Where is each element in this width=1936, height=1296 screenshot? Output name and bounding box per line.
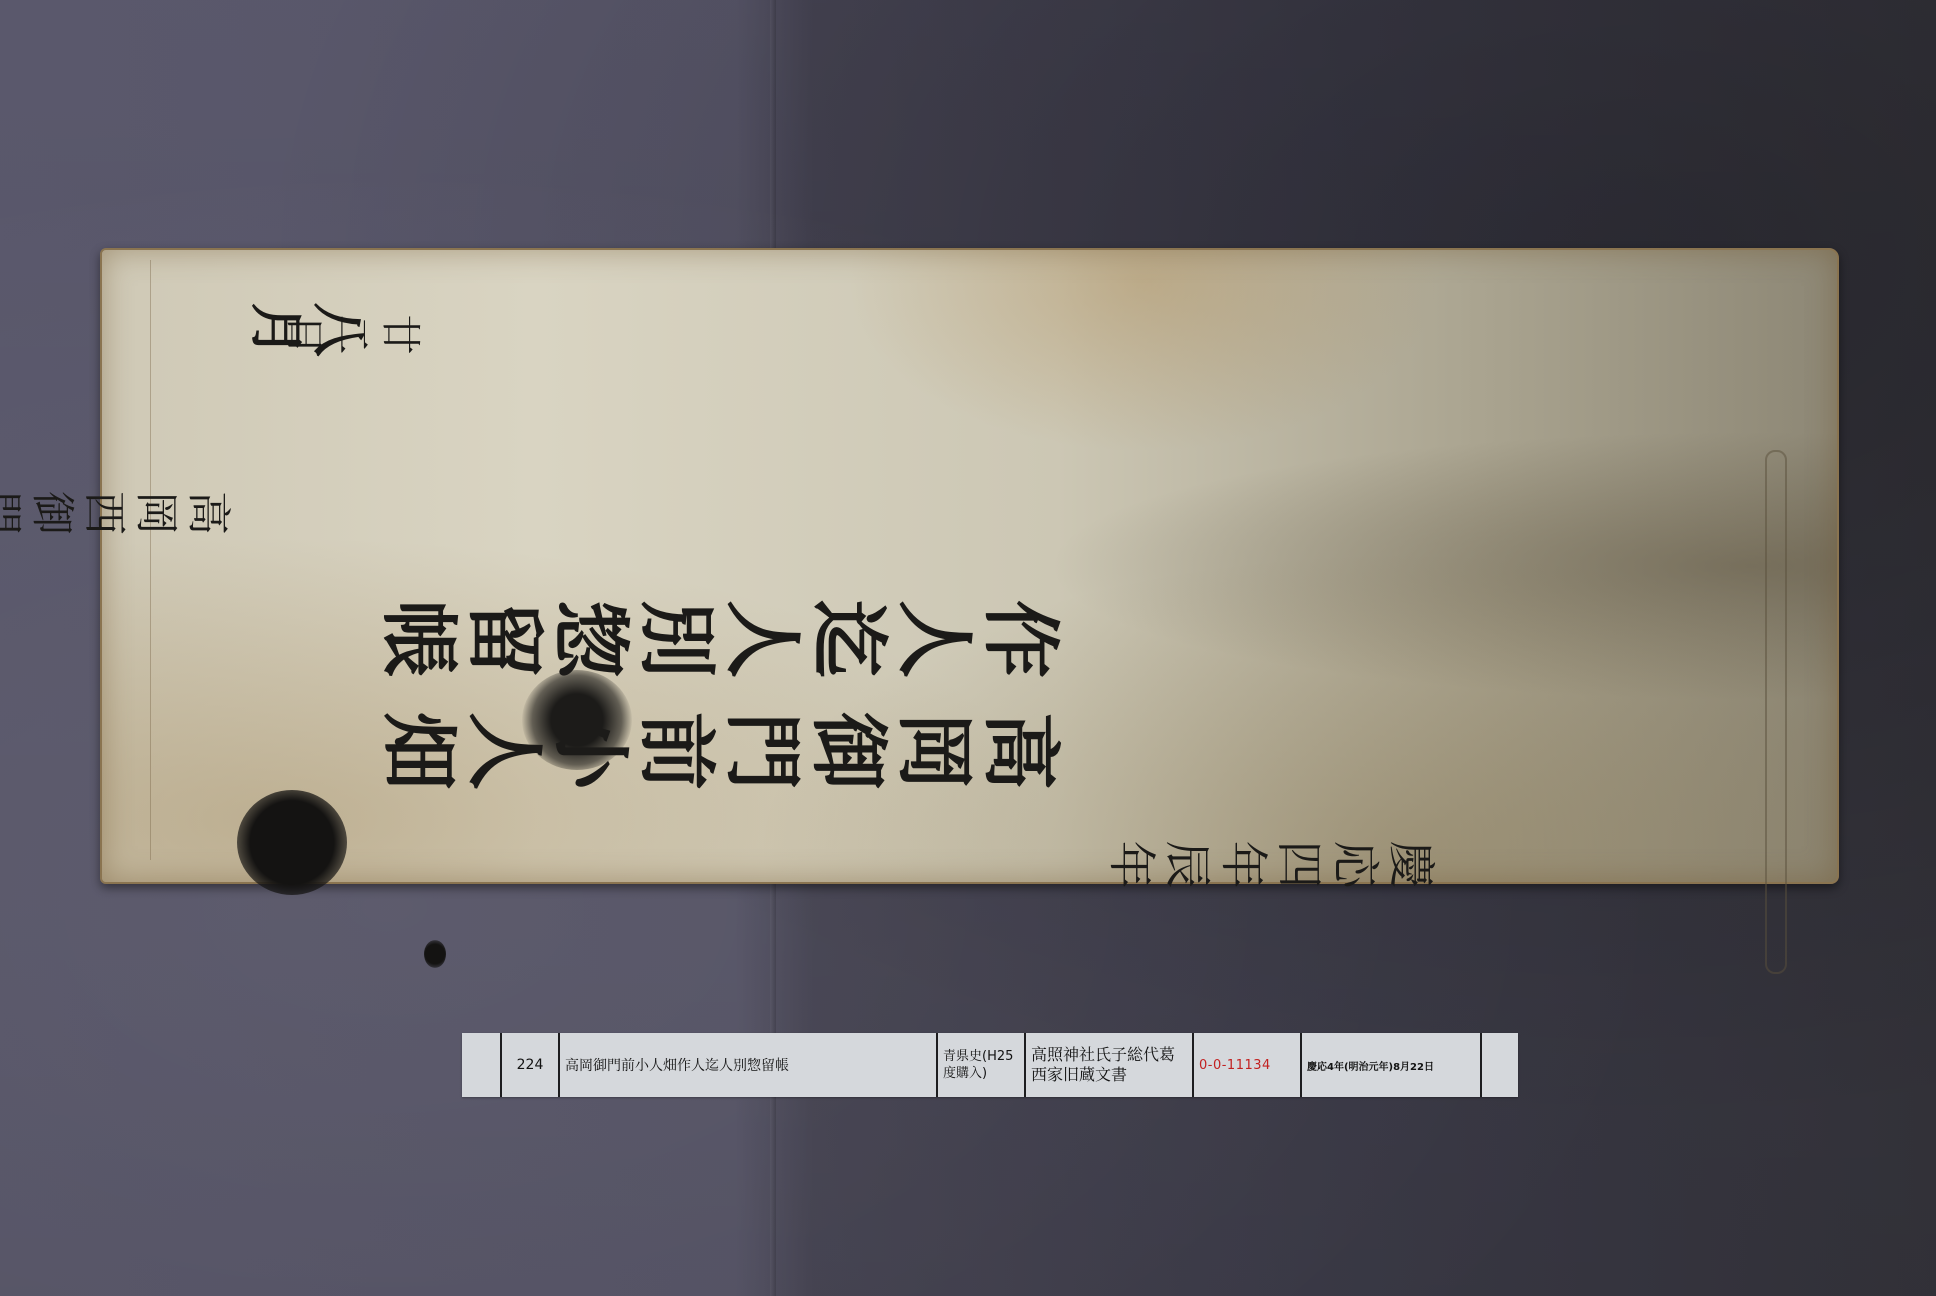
brush-text-day: 廿二日 <box>182 300 422 360</box>
label-item-number: 224 <box>502 1033 560 1097</box>
brush-text-title: 高岡御門前小人畑作人迄人別惣留帳 <box>362 700 1062 800</box>
label-collection: 高照神社氏子総代葛西家旧蔵文書 <box>1026 1033 1194 1097</box>
brush-text-signer: 高岡西御門 <box>0 480 232 540</box>
label-catalog-id: 0-0-11134 <box>1194 1033 1302 1097</box>
ink-blot-splatter <box>522 670 632 770</box>
document-binding-mark <box>1765 450 1787 974</box>
ink-blot <box>237 790 347 895</box>
catalog-label: 224 高岡御門前小人畑作人迄人別惣留帳 青県史(H25度購入) 高照神社氏子総… <box>462 1033 1518 1097</box>
label-title: 高岡御門前小人畑作人迄人別惣留帳 <box>560 1033 938 1097</box>
ink-drop <box>424 940 446 968</box>
brush-text-era: 慶応四年辰年 <box>937 825 1437 895</box>
label-blank-left <box>462 1033 502 1097</box>
label-source: 青県史(H25度購入) <box>938 1033 1026 1097</box>
historical-document: 八月 廿二日 高岡西御門 高岡御門前小人畑作人迄人別惣留帳 慶応四年辰年 <box>100 248 1839 884</box>
label-blank-right <box>1482 1033 1518 1097</box>
label-date: 慶応4年(明治元年)8月22日 <box>1302 1033 1482 1097</box>
